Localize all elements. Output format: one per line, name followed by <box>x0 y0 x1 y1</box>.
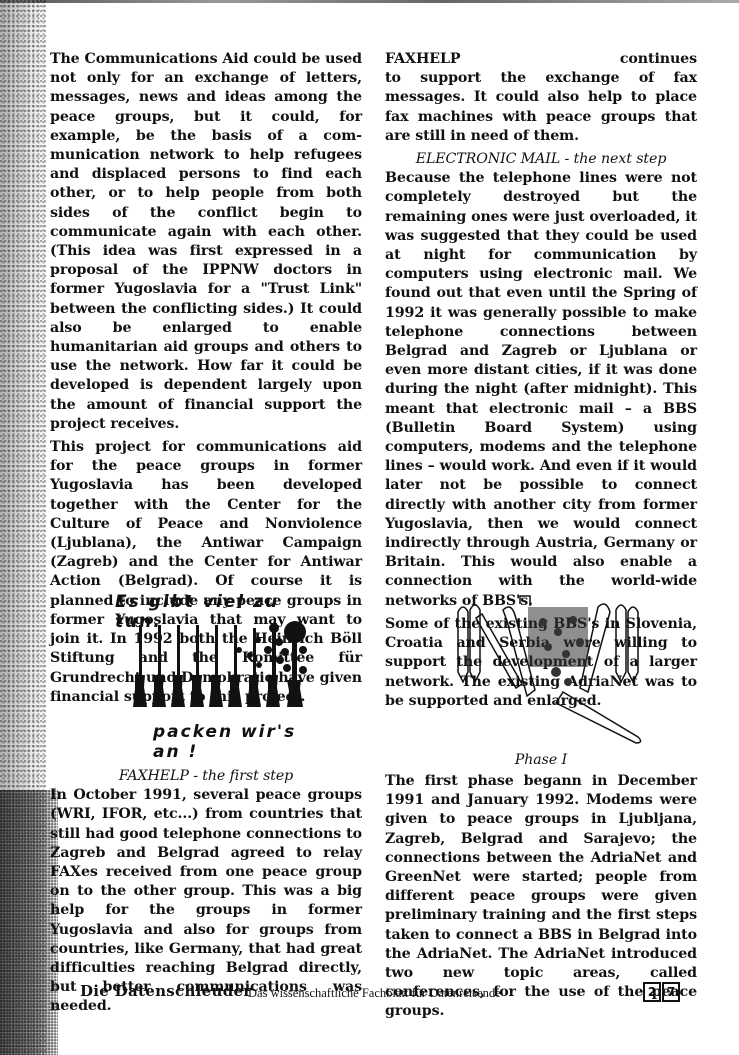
missiles-crowd-icon <box>448 592 648 752</box>
page-number: 2 7 <box>643 982 680 1002</box>
page-footer: Die Datenschleuder Das wissenschaftliche… <box>0 980 739 1010</box>
tagline: Das wissenschaftliche Fachblatt für Date… <box>248 986 501 1001</box>
missiles-crowd-illustration <box>448 592 648 752</box>
faxhelp-continues-body: to support the exchange of fax messages.… <box>385 69 697 146</box>
email-heading: ELECTRONIC MAIL - the next step <box>385 150 697 169</box>
email-paragraph-1: Because the telephone lines were not com… <box>385 169 697 611</box>
illustration-caption-bottom: packen wir's an ! <box>153 722 325 762</box>
phase-caption: Phase I <box>385 752 697 768</box>
faxhelp-heading: FAXHELP - the first step <box>50 767 362 786</box>
rifles-flowers-icon <box>133 620 313 720</box>
page-number-digit: 7 <box>662 982 680 1002</box>
page-number-digit: 2 <box>643 982 661 1002</box>
rifles-to-flowers-illustration: Es gibt viel zu tun. packen wir's an ! <box>115 592 325 767</box>
scan-top-edge <box>0 0 739 3</box>
faxhelp-continues-line: FAXHELP continues <box>385 50 697 69</box>
paragraph-communications-aid: The Communications Aid could be used not… <box>50 50 362 434</box>
masthead: Die Datenschleuder <box>80 982 252 1000</box>
continues-label: continues <box>620 50 697 69</box>
faxhelp-label: FAXHELP <box>385 50 460 69</box>
